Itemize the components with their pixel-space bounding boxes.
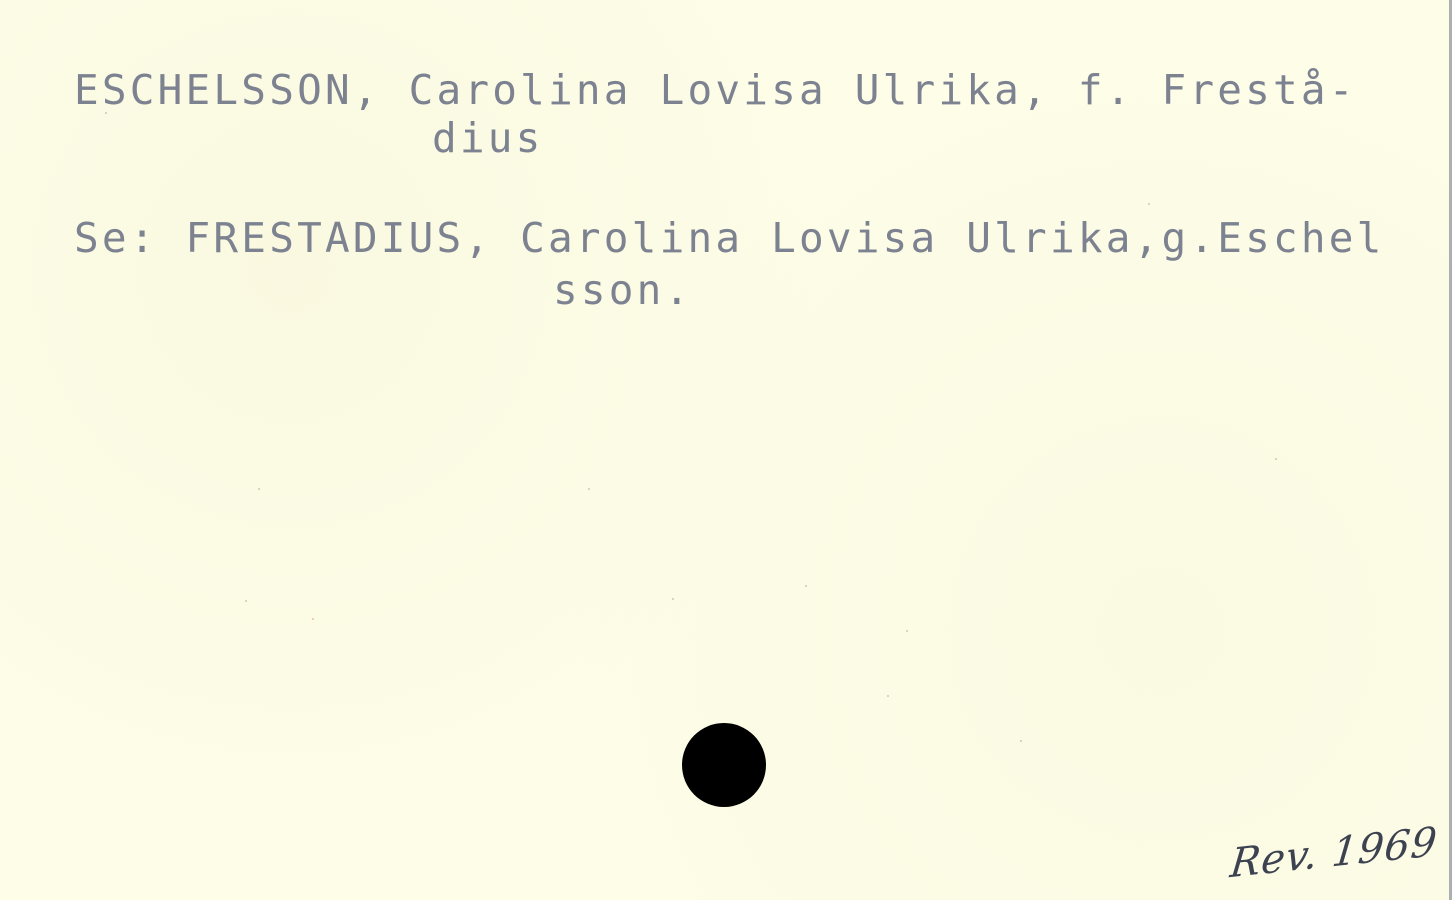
index-card: ESCHELSSON, Carolina Lovisa Ulrika, f. F…: [0, 0, 1452, 900]
handwritten-revision-note: Rev. 1969: [1228, 819, 1440, 887]
paper-speck: [1275, 458, 1277, 460]
paper-speck: [672, 598, 674, 600]
paper-speck: [805, 585, 807, 587]
paper-speck: [906, 630, 908, 632]
entry-heading-line-2: dius: [432, 118, 544, 159]
paper-speck: [245, 600, 247, 602]
cross-reference-line-1: Se: FRESTADIUS, Carolina Lovisa Ulrika,g…: [74, 218, 1385, 259]
paper-speck: [887, 695, 889, 697]
punch-hole: [682, 723, 766, 807]
cross-reference-line-2: sson.: [553, 270, 692, 311]
entry-heading-line-1: ESCHELSSON, Carolina Lovisa Ulrika, f. F…: [74, 70, 1357, 111]
paper-speck: [1020, 740, 1022, 742]
paper-speck: [588, 488, 590, 490]
paper-speck: [1148, 203, 1150, 205]
paper-speck: [312, 618, 314, 620]
paper-speck: [258, 488, 260, 490]
paper-speck: [105, 112, 107, 114]
